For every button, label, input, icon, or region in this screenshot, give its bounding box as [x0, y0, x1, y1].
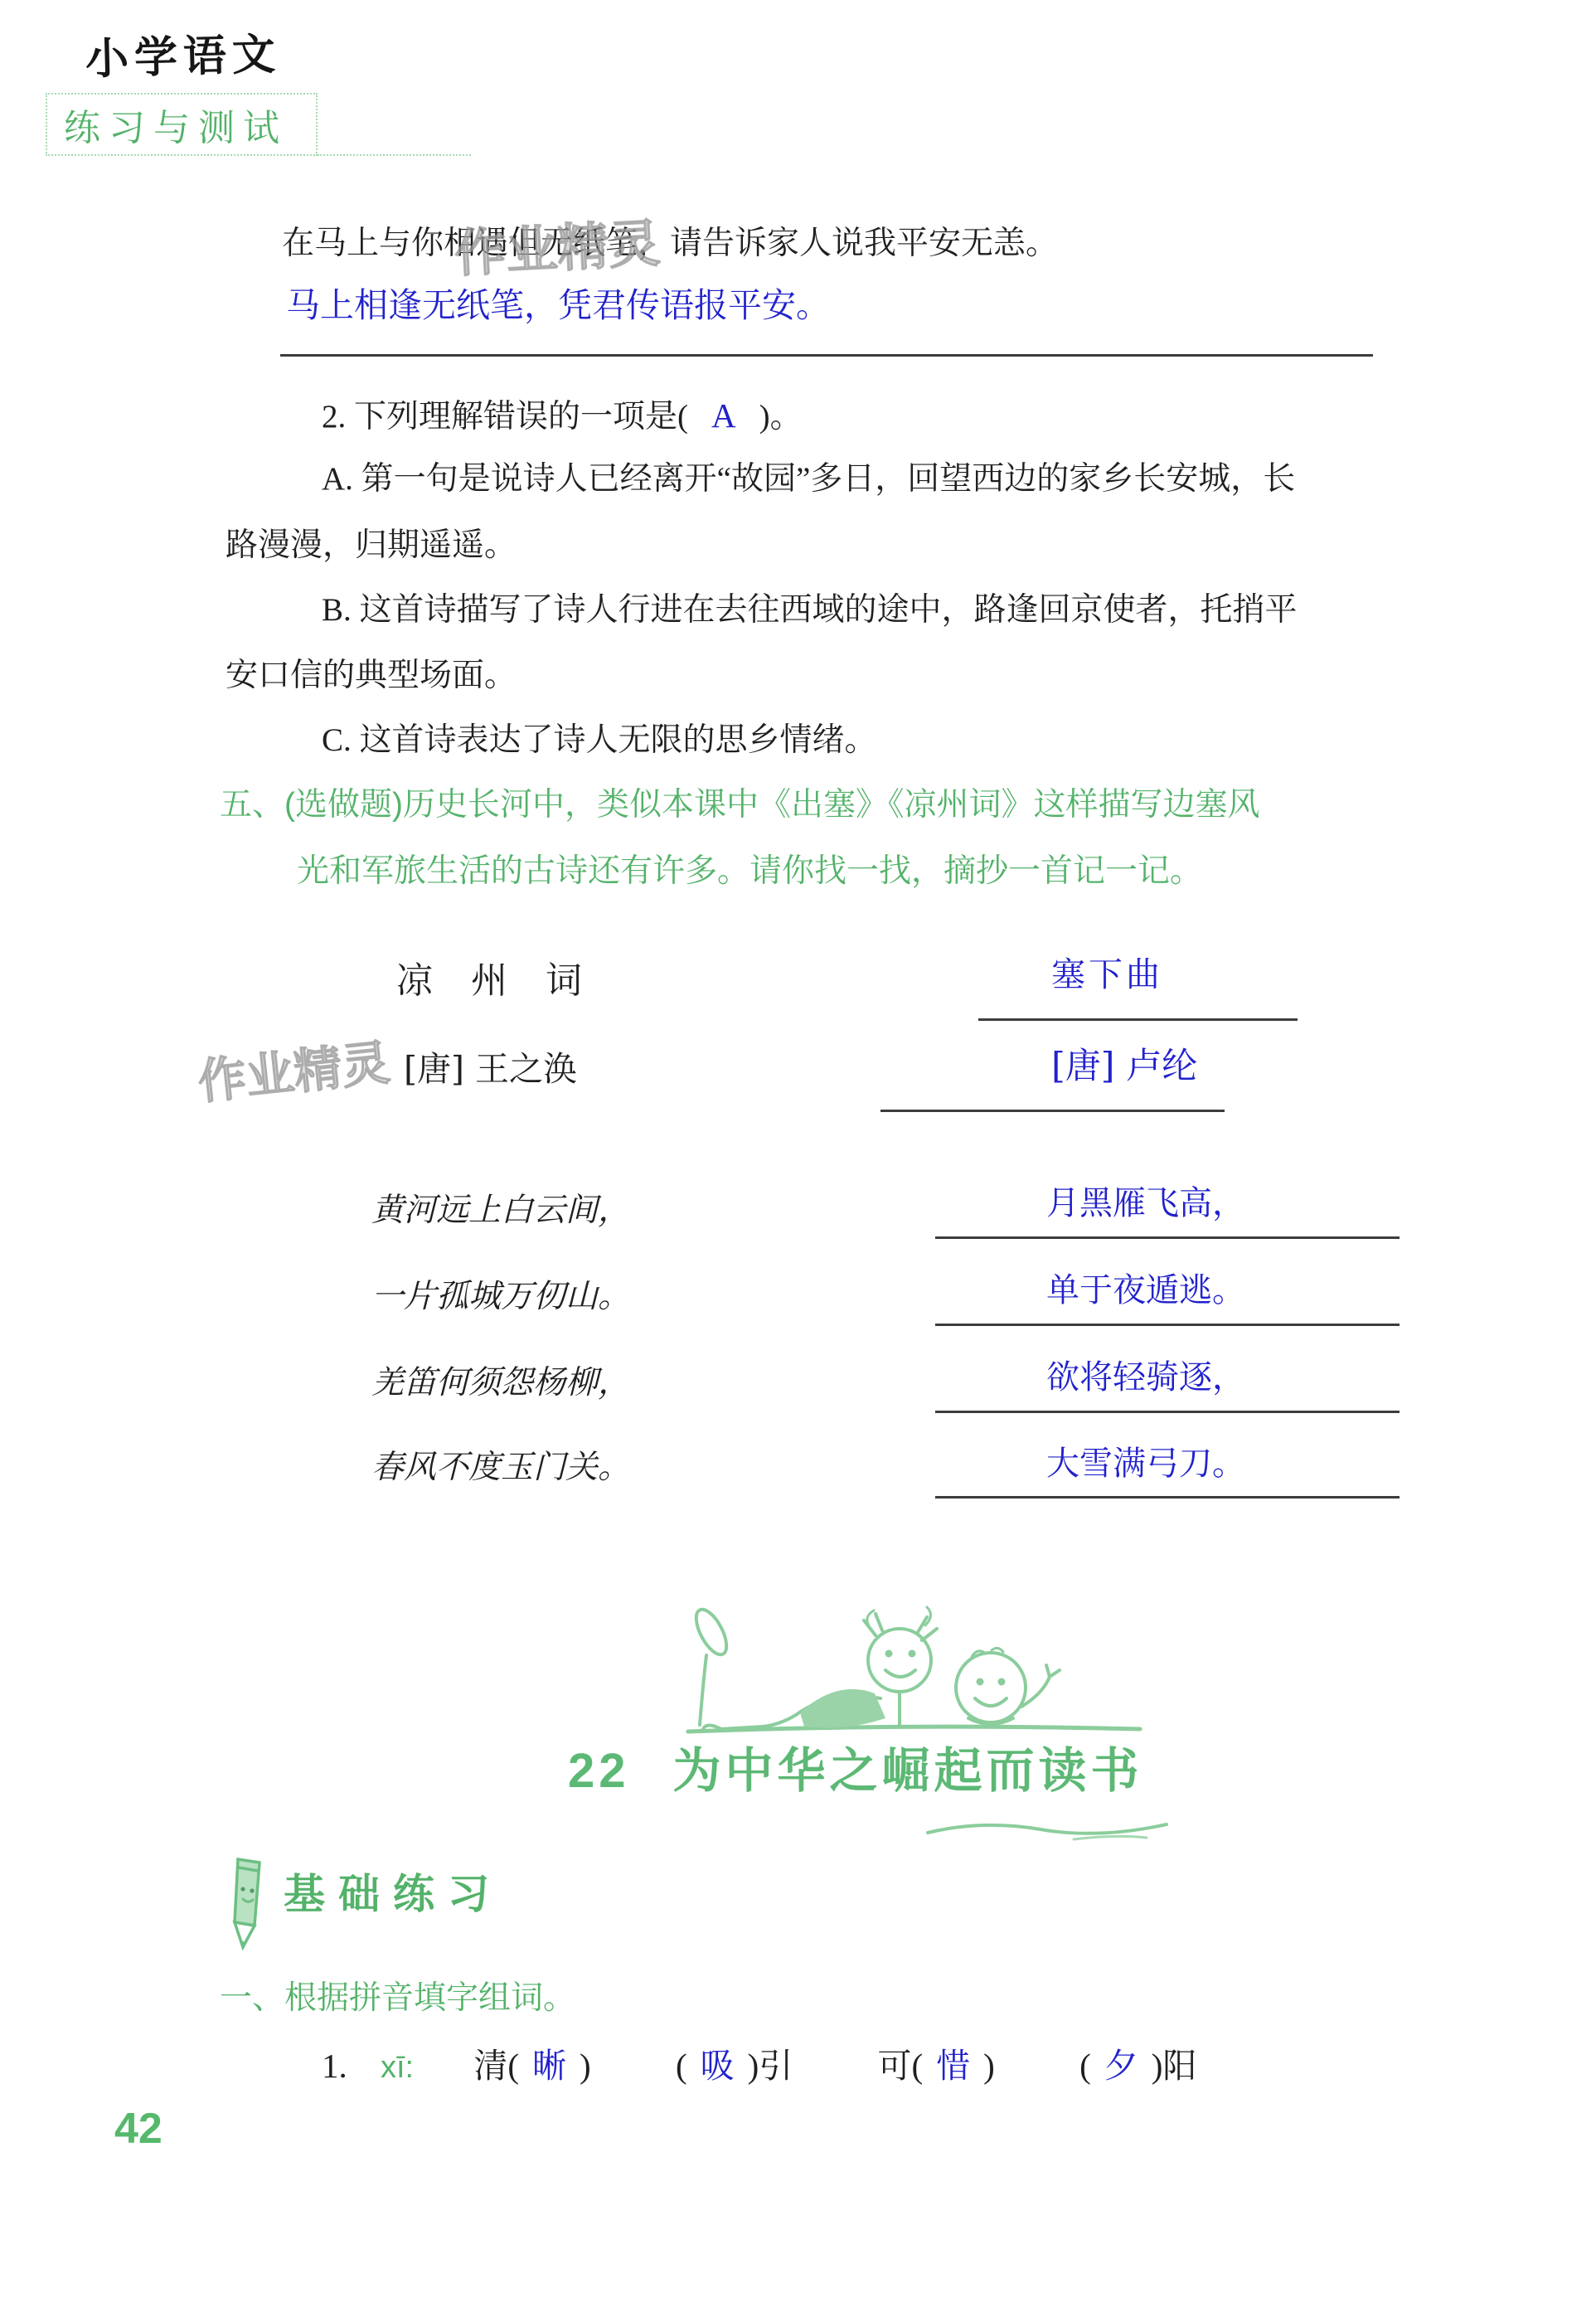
blank-2-answer: 吸 — [687, 2046, 748, 2086]
answer-underline — [280, 354, 1373, 357]
blank-group-2: (吸)引 — [676, 2047, 869, 2085]
watermark-text: 作业精灵 — [453, 202, 662, 287]
poem-right-author: [唐] 卢纶 — [1051, 1047, 1197, 1087]
option-c: C. 这首诗表达了诗人无限的思乡情绪。 — [322, 722, 877, 760]
option-b-line-2: 安口信的典型场面。 — [226, 658, 517, 695]
option-b-line-1: B. 这首诗描写了诗人行进在去往西域的途中，路逢回京使者，托捎平 — [322, 592, 1298, 629]
section-header-basic-practice: 基础练习 — [284, 1871, 502, 1919]
blank-4-after: )阳 — [1152, 2047, 1197, 2085]
lesson-heading: 22为中华之崛起而读书 — [568, 1744, 1143, 1800]
workbook-page: 小学语文 练习与测试 在马上与你相遇但无纸笔，请告诉家人说我平安无恙。 作业精灵… — [0, 0, 1596, 2317]
pencil-icon — [226, 1854, 271, 1952]
brand-title: 小学语文 — [85, 31, 282, 85]
poem-left-line-2: 一片孤城万仞山。 — [371, 1279, 630, 1316]
lesson-number: 22 — [568, 1744, 630, 1798]
poem-right-line-1: 月黑雁飞高， — [1046, 1184, 1245, 1222]
poem-right-line-4-underline — [935, 1496, 1400, 1499]
answer-sentence: 马上相逢无纸笔，凭君传语报平安。 — [286, 286, 830, 325]
poem-right-title: 塞下曲 — [1051, 955, 1163, 994]
page-number: 42 — [114, 2105, 163, 2154]
poem-right-line-2-underline — [935, 1324, 1400, 1326]
poem-right-author-underline — [880, 1110, 1225, 1112]
item-number: 1. — [322, 2047, 347, 2085]
pinyin-prompt: xī: — [381, 2050, 414, 2085]
blank-3-answer: 惜 — [923, 2046, 983, 2086]
poem-left-line-3: 羌笛何须怨杨柳， — [371, 1365, 630, 1402]
blank-1-answer: 晰 — [519, 2046, 580, 2086]
poem-right-line-3-underline — [935, 1411, 1400, 1413]
task-5-line-2: 光和军旅生活的古诗还有许多。请你找一找，摘抄一首记一记。 — [297, 853, 1202, 891]
watermark-text-2: 作业精灵 — [194, 1023, 393, 1113]
question-2-tail: )。 — [759, 399, 803, 435]
blank-group-4: (夕)阳 — [1079, 2047, 1196, 2085]
poem-right-line-1-underline — [935, 1236, 1400, 1239]
dotted-trail-line — [318, 154, 471, 156]
poem-left-line-1: 黄河远上白云间， — [371, 1193, 630, 1230]
blank-group-1: 清(晰) — [473, 2047, 667, 2085]
blank-3-before: 可( — [878, 2047, 924, 2085]
poem-right-line-4: 大雪满弓刀。 — [1046, 1445, 1245, 1483]
fill-in-row: 1. xī: 清(晰) (吸)引 可(惜) (夕)阳 — [322, 2047, 1196, 2086]
brand-subtitle-box: 练习与测试 — [46, 93, 318, 156]
poem-right-title-underline — [978, 1018, 1298, 1021]
context-sentence: 在马上与你相遇但无纸笔，请告诉家人说我平安无恙。 — [282, 226, 1058, 263]
title-flourish — [924, 1818, 1173, 1846]
poem-right-line-2: 单于夜遁逃。 — [1046, 1271, 1245, 1309]
blank-4-answer: 夕 — [1091, 2046, 1152, 2086]
blank-1-before: 清( — [473, 2047, 519, 2085]
brand-subtitle: 练习与测试 — [64, 98, 288, 151]
practice-task-1: 一、根据拼音填字组词。 — [220, 1980, 575, 2018]
blank-2-before: ( — [676, 2047, 687, 2085]
task-5-line-1: 五、(选做题)历史长河中，类似本课中《出塞》《凉州词》这样描写边塞风 — [220, 787, 1259, 824]
blank-3-after: ) — [983, 2047, 995, 2085]
poem-right-line-3: 欲将轻骑逐， — [1046, 1358, 1245, 1397]
option-a-line-2: 路漫漫，归期遥遥。 — [226, 527, 517, 565]
blank-group-3: 可(惜) — [878, 2047, 1071, 2085]
blank-1-after: ) — [580, 2047, 591, 2085]
lesson-title: 为中华之崛起而读书 — [673, 1744, 1143, 1798]
question-2-text: 2. 下列理解错误的一项是( — [322, 399, 688, 435]
poem-left-author: [唐] 王之涣 — [404, 1050, 577, 1089]
poem-left-line-4: 春风不度玉门关。 — [371, 1450, 630, 1487]
blank-2-after: )引 — [748, 2047, 793, 2085]
question-2-answer: A — [711, 396, 736, 435]
poem-left-title: 凉州词 — [396, 960, 620, 1003]
kids-illustration — [663, 1601, 1161, 1754]
blank-4-before: ( — [1079, 2047, 1091, 2085]
question-2: 2. 下列理解错误的一项是(A)。 — [322, 396, 803, 436]
option-a-line-1: A. 第一句是说诗人已经离开“故园”多日，回望西边的家乡长安城，长 — [322, 461, 1295, 498]
